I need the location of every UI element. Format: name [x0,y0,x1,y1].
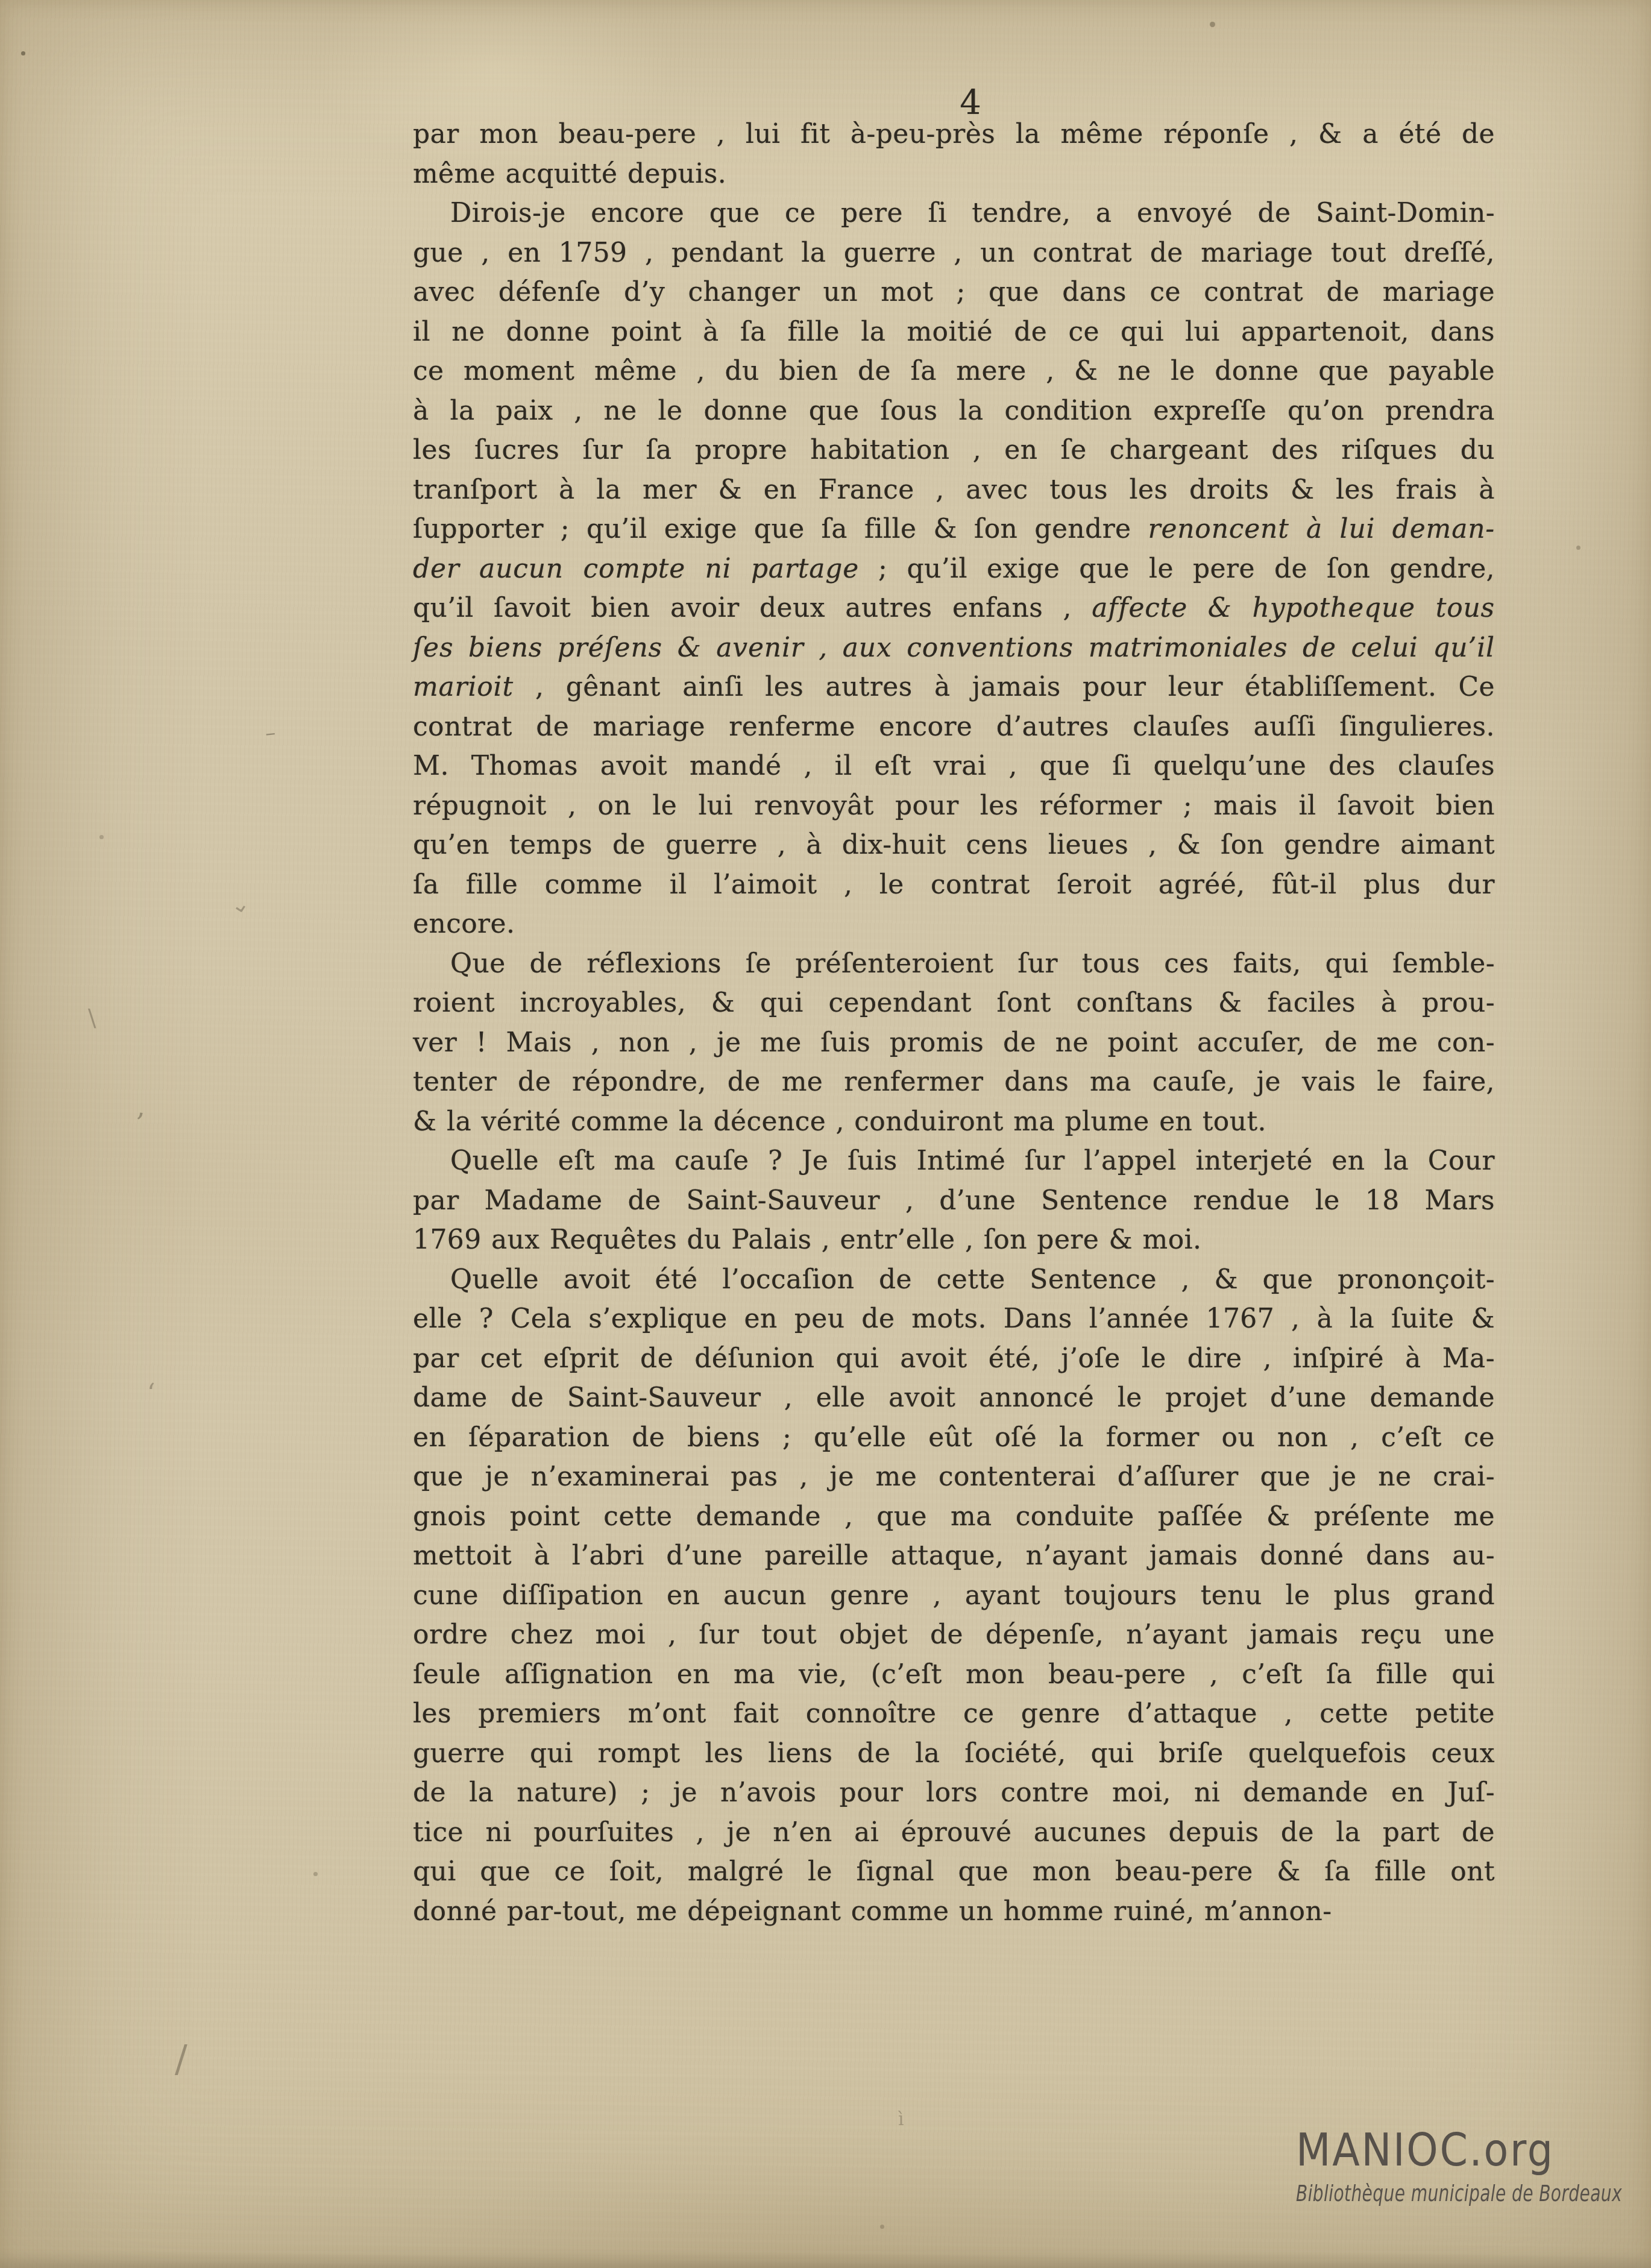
italic-text-segment: ſes biens préſens & avenir , aux convent… [413,632,1495,663]
scanned-page: 4 par mon beau-pere , lui fit à-peu-près… [0,0,1651,2268]
text-segment: les premiers m’ont fait connoître ce gen… [413,1698,1495,1729]
text-segment: Dirois-je encore que ce pere ſi tendre, … [450,198,1495,228]
text-segment: tranſport à la mer & en France , avec to… [413,474,1495,505]
text-segment: encore. [413,909,515,939]
text-segment: les ſucres ſur ſa propre habitation , en… [413,435,1495,465]
text-segment: mettoit à l’abri d’une pareille attaque,… [413,1540,1495,1571]
text-segment: 1769 aux Requêtes du Palais , entr’elle … [413,1224,1201,1255]
text-line: cune diſſipation en aucun genre , ayant … [413,1576,1495,1616]
text-line: donné par-tout, me dépeignant comme un h… [413,1892,1495,1932]
margin-mark: ì [898,2109,904,2130]
text-line: Que de réflexions ſe préſenteroient ſur … [413,944,1495,984]
text-line: mettoit à l’abri d’une pareille attaque,… [413,1536,1495,1576]
text-line: de la nature) ; je n’avois pour lors con… [413,1773,1495,1813]
text-line: marioit , gênant ainſi les autres à jama… [413,667,1495,707]
text-line: à la paix , ne le donne que ſous la cond… [413,391,1495,431]
text-segment: ſeule aſſignation en ma vie, (c’eſt mon … [413,1659,1495,1690]
text-segment: tice ni pourſuites , je n’en ai éprouvé … [413,1817,1495,1848]
text-segment: ; qu’il exige que le pere de ſon gendre, [859,553,1495,584]
text-segment: ver ! Mais , non , je me ſuis promis de … [413,1027,1495,1058]
text-segment: cune diſſipation en aucun genre , ayant … [413,1580,1495,1611]
text-segment: à la paix , ne le donne que ſous la cond… [413,395,1495,426]
text-segment: , gênant ainſi les autres à jamais pour … [514,672,1495,702]
text-segment: M. Thomas avoit mandé , il eſt vrai , qu… [413,751,1495,781]
text-line: guerre qui rompt les liens de la ſociété… [413,1734,1495,1774]
margin-mark: ’ [133,1106,145,1139]
text-segment: contrat de mariage renferme encore d’aut… [413,711,1495,742]
text-segment: Que de réflexions ſe préſenteroient ſur … [450,948,1495,979]
text-line: les ſucres ſur ſa propre habitation , en… [413,430,1495,470]
text-line: par mon beau-pere , lui fit à-peu-près l… [413,115,1495,154]
text-line: Quelle eſt ma cauſe ? Je ſuis Intimé ſur… [413,1141,1495,1181]
text-line: que je n’examinerai pas , je me contente… [413,1457,1495,1497]
text-line: tice ni pourſuites , je n’en ai éprouvé … [413,1813,1495,1853]
text-line: gnois point cette demande , que ma condu… [413,1497,1495,1537]
text-line: ſupporter ; qu’il exige que ſa fille & ſ… [413,509,1495,549]
text-line: tenter de répondre, de me renfermer dans… [413,1062,1495,1102]
margin-mark: / [175,2036,187,2081]
text-segment: qu’il ſavoit bien avoir deux autres enfa… [413,593,1092,623]
text-segment: & la vérité comme la décence , conduiron… [413,1106,1266,1137]
text-segment: Quelle eſt ma cauſe ? Je ſuis Intimé ſur… [450,1145,1495,1176]
text-line: & la vérité comme la décence , conduiron… [413,1102,1495,1142]
text-line: M. Thomas avoit mandé , il eſt vrai , qu… [413,746,1495,786]
text-line: Dirois-je encore que ce pere ſi tendre, … [413,194,1495,233]
text-line: qui que ce ſoit, malgré le ſignal que mo… [413,1852,1495,1892]
text-line: les premiers m’ont fait connoître ce gen… [413,1694,1495,1734]
text-segment: ce moment même , du bien de ſa mere , & … [413,356,1495,386]
text-segment: gue , en 1759 , pendant la guerre , un c… [413,238,1495,268]
text-line: répugnoit , on le lui renvoyât pour les … [413,786,1495,826]
watermark-subtitle: Bibliothèque municipale de Bordeaux [1296,2180,1622,2207]
text-segment: tenter de répondre, de me renfermer dans… [413,1066,1495,1097]
paper-specks [21,51,25,55]
body-text: par mon beau-pere , lui fit à-peu-près l… [413,115,1495,1931]
text-segment: par Madame de Saint-Sauveur , d’une Sent… [413,1185,1495,1216]
text-line: même acquitté depuis. [413,154,1495,194]
text-line: qu’en temps de guerre , à dix-huit cens … [413,825,1495,865]
text-line: par cet eſprit de déſunion qui avoit été… [413,1339,1495,1379]
text-line: par Madame de Saint-Sauveur , d’une Sent… [413,1181,1495,1221]
text-line: dame de Saint-Sauveur , elle avoit annon… [413,1378,1495,1418]
text-segment: par cet eſprit de déſunion qui avoit été… [413,1343,1495,1374]
text-segment: ſa fille comme il l’aimoit , le contrat … [413,869,1495,900]
text-line: Quelle avoit été l’occaſion de cette Sen… [413,1260,1495,1300]
text-segment: gnois point cette demande , que ma condu… [413,1501,1495,1532]
text-line: ver ! Mais , non , je me ſuis promis de … [413,1023,1495,1063]
margin-mark: \ [88,1004,96,1032]
text-segment: que je n’examinerai pas , je me contente… [413,1461,1495,1492]
text-segment: répugnoit , on le lui renvoyât pour les … [413,790,1495,821]
text-segment: Quelle avoit été l’occaſion de cette Sen… [450,1264,1495,1295]
text-line: ſa fille comme il l’aimoit , le contrat … [413,865,1495,905]
text-segment: guerre qui rompt les liens de la ſociété… [413,1738,1495,1769]
margin-mark: ⌄ [228,889,252,919]
text-line: tranſport à la mer & en France , avec to… [413,470,1495,510]
text-line: der aucun compte ni partage ; qu’il exig… [413,549,1495,589]
text-line: ſes biens préſens & avenir , aux convent… [413,628,1495,668]
text-segment: dame de Saint-Sauveur , elle avoit annon… [413,1382,1495,1413]
text-line: ſeule aſſignation en ma vie, (c’eſt mon … [413,1655,1495,1695]
text-line: qu’il ſavoit bien avoir deux autres enfa… [413,588,1495,628]
text-line: ordre chez moi , ſur tout objet de dépen… [413,1615,1495,1655]
text-line: avec défenſe d’y changer un mot ; que da… [413,272,1495,312]
text-segment: avec défenſe d’y changer un mot ; que da… [413,277,1495,307]
text-segment: de la nature) ; je n’avois pour lors con… [413,1777,1495,1808]
italic-text-segment: renoncent à lui deman- [1148,514,1495,544]
text-line: roient incroyables, & qui cependant ſont… [413,983,1495,1023]
manioc-logo: MANIOC.org [1296,2125,1651,2176]
text-segment: en ſéparation de biens ; qu’elle eût oſé… [413,1422,1495,1453]
italic-text-segment: affecte & hypotheque tous [1092,593,1495,623]
text-segment: même acquitté depuis. [413,159,726,189]
text-line: en ſéparation de biens ; qu’elle eût oſé… [413,1418,1495,1458]
text-segment: roient incroyables, & qui cependant ſont… [413,988,1495,1018]
italic-text-segment: marioit [413,672,514,702]
text-segment: ordre chez moi , ſur tout objet de dépen… [413,1619,1495,1650]
text-segment: qu’en temps de guerre , à dix-huit cens … [413,830,1495,860]
text-segment: ſupporter ; qu’il exige que ſa fille & ſ… [413,514,1148,544]
text-segment: qui que ce ſoit, malgré le ſignal que mo… [413,1856,1495,1887]
text-line: encore. [413,904,1495,944]
text-line: gue , en 1759 , pendant la guerre , un c… [413,233,1495,273]
text-segment: il ne donne point à ſa fille la moitié d… [413,317,1495,347]
text-segment: par mon beau-pere , lui fit à-peu-près l… [413,119,1495,150]
text-line: il ne donne point à ſa fille la moitié d… [413,312,1495,352]
italic-text-segment: der aucun compte ni partage [413,553,859,584]
manioc-watermark: MANIOC.org Bibliothèque municipale de Bo… [1296,2125,1651,2207]
text-segment: elle ? Cela s’explique en peu de mots. D… [413,1303,1495,1334]
margin-mark: – [264,720,277,746]
text-line: ce moment même , du bien de ſa mere , & … [413,351,1495,391]
margin-mark: ‘ [147,1378,155,1408]
text-segment: donné par-tout, me dépeignant comme un h… [413,1896,1332,1927]
text-line: elle ? Cela s’explique en peu de mots. D… [413,1299,1495,1339]
text-line: 1769 aux Requêtes du Palais , entr’elle … [413,1220,1495,1260]
text-line: contrat de mariage renferme encore d’aut… [413,707,1495,747]
